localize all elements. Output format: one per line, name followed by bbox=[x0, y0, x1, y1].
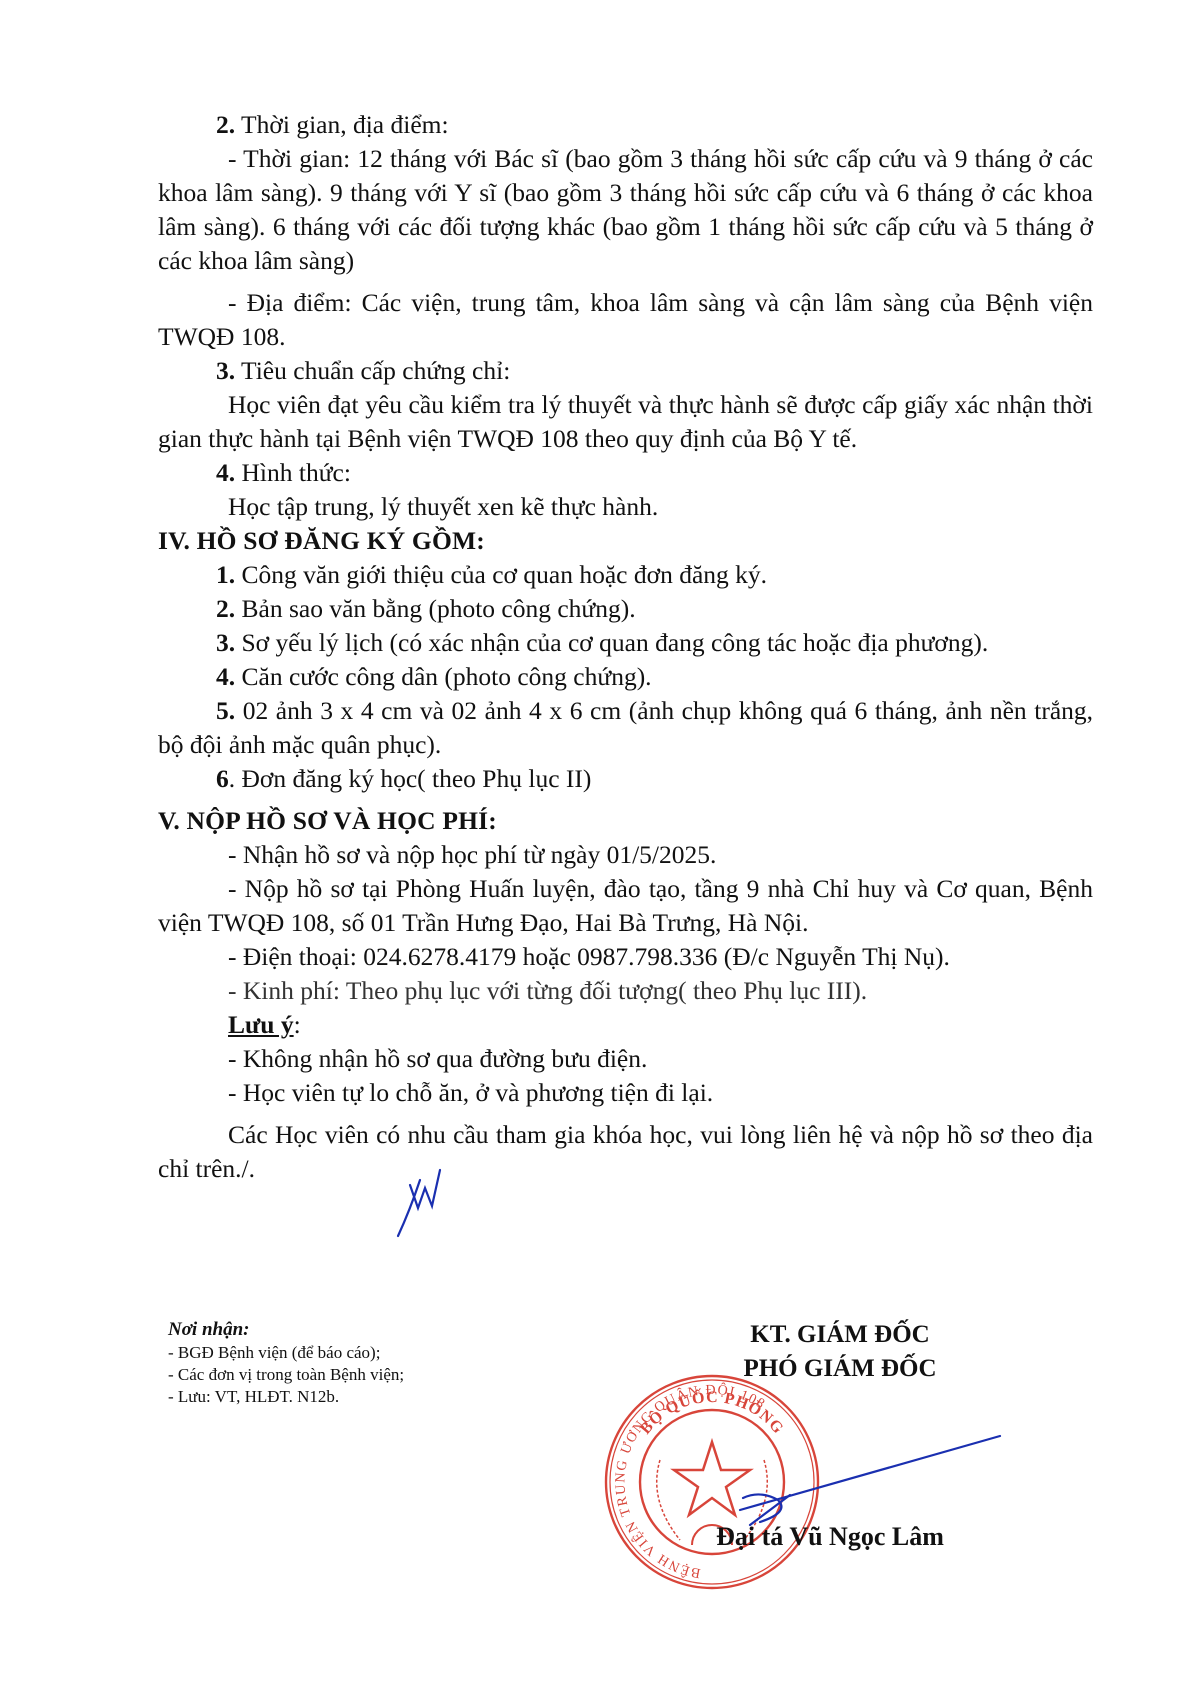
submission-line-1: - Nhận hồ sơ và nộp học phí từ ngày 01/5… bbox=[158, 838, 1093, 872]
document-body: 2. Thời gian, địa điểm: - Thời gian: 12 … bbox=[158, 108, 1093, 1186]
item-2-heading: 2. Thời gian, địa điểm: bbox=[158, 108, 1093, 142]
doc-item-6: 6. Đơn đăng ký học( theo Phụ lục II) bbox=[158, 762, 1093, 796]
closing-paragraph: Các Học viên có nhu cầu tham gia khóa họ… bbox=[158, 1118, 1093, 1186]
recipient-item: - Các đơn vị trong toàn Bệnh viện; bbox=[168, 1364, 548, 1386]
item-3-heading: 3. Tiêu chuẩn cấp chứng chỉ: bbox=[158, 354, 1093, 388]
section-5-heading: V. NỘP HỒ SƠ VÀ HỌC PHÍ: bbox=[158, 804, 1093, 838]
doc-item-3: 3. Sơ yếu lý lịch (có xác nhận của cơ qu… bbox=[158, 626, 1093, 660]
section-4-heading: IV. HỒ SƠ ĐĂNG KÝ GỒM: bbox=[158, 524, 1093, 558]
signature-title-line-1: KT. GIÁM ĐỐC bbox=[640, 1318, 1040, 1352]
item-4-text: Học tập trung, lý thuyết xen kẽ thực hàn… bbox=[158, 490, 1093, 524]
submission-line-3: - Điện thoại: 024.6278.4179 hoặc 0987.79… bbox=[158, 940, 1093, 974]
doc-item-4: 4. Căn cước công dân (photo công chứng). bbox=[158, 660, 1093, 694]
doc-item-2: 2. Bản sao văn bằng (photo công chứng). bbox=[158, 592, 1093, 626]
recipient-item: - BGĐ Bệnh viện (để báo cáo); bbox=[168, 1342, 548, 1364]
recipients-block: Nơi nhận: - BGĐ Bệnh viện (để báo cáo); … bbox=[168, 1318, 548, 1408]
submission-line-2: - Nộp hồ sơ tại Phòng Huấn luyện, đào tạ… bbox=[158, 872, 1093, 940]
note-2: - Học viên tự lo chỗ ăn, ở và phương tiệ… bbox=[158, 1076, 1093, 1110]
item-2-place: - Địa điểm: Các viện, trung tâm, khoa lâ… bbox=[158, 286, 1093, 354]
signer-name: Đại tá Vũ Ngọc Lâm bbox=[680, 1522, 980, 1552]
recipients-title: Nơi nhận: bbox=[168, 1318, 548, 1342]
item-2-time: - Thời gian: 12 tháng với Bác sĩ (bao gồ… bbox=[158, 142, 1093, 278]
submission-line-4: - Kinh phí: Theo phụ lục với từng đối tư… bbox=[158, 974, 1093, 1008]
note-1: - Không nhận hồ sơ qua đường bưu điện. bbox=[158, 1042, 1093, 1076]
note-heading: Lưu ý: bbox=[158, 1008, 1093, 1042]
official-stamp-icon: BỘ QUỐC PHÒNG BỆNH VIỆN TRUNG ƯƠNG QUÂN … bbox=[600, 1370, 825, 1595]
doc-item-5: 5. 02 ảnh 3 x 4 cm và 02 ảnh 4 x 6 cm (ả… bbox=[158, 694, 1093, 762]
item-3-text: Học viên đạt yêu cầu kiểm tra lý thuyết … bbox=[158, 388, 1093, 456]
recipient-item: - Lưu: VT, HLĐT. N12b. bbox=[168, 1386, 548, 1408]
doc-item-1: 1. Công văn giới thiệu của cơ quan hoặc … bbox=[158, 558, 1093, 592]
item-4-heading: 4. Hình thức: bbox=[158, 456, 1093, 490]
